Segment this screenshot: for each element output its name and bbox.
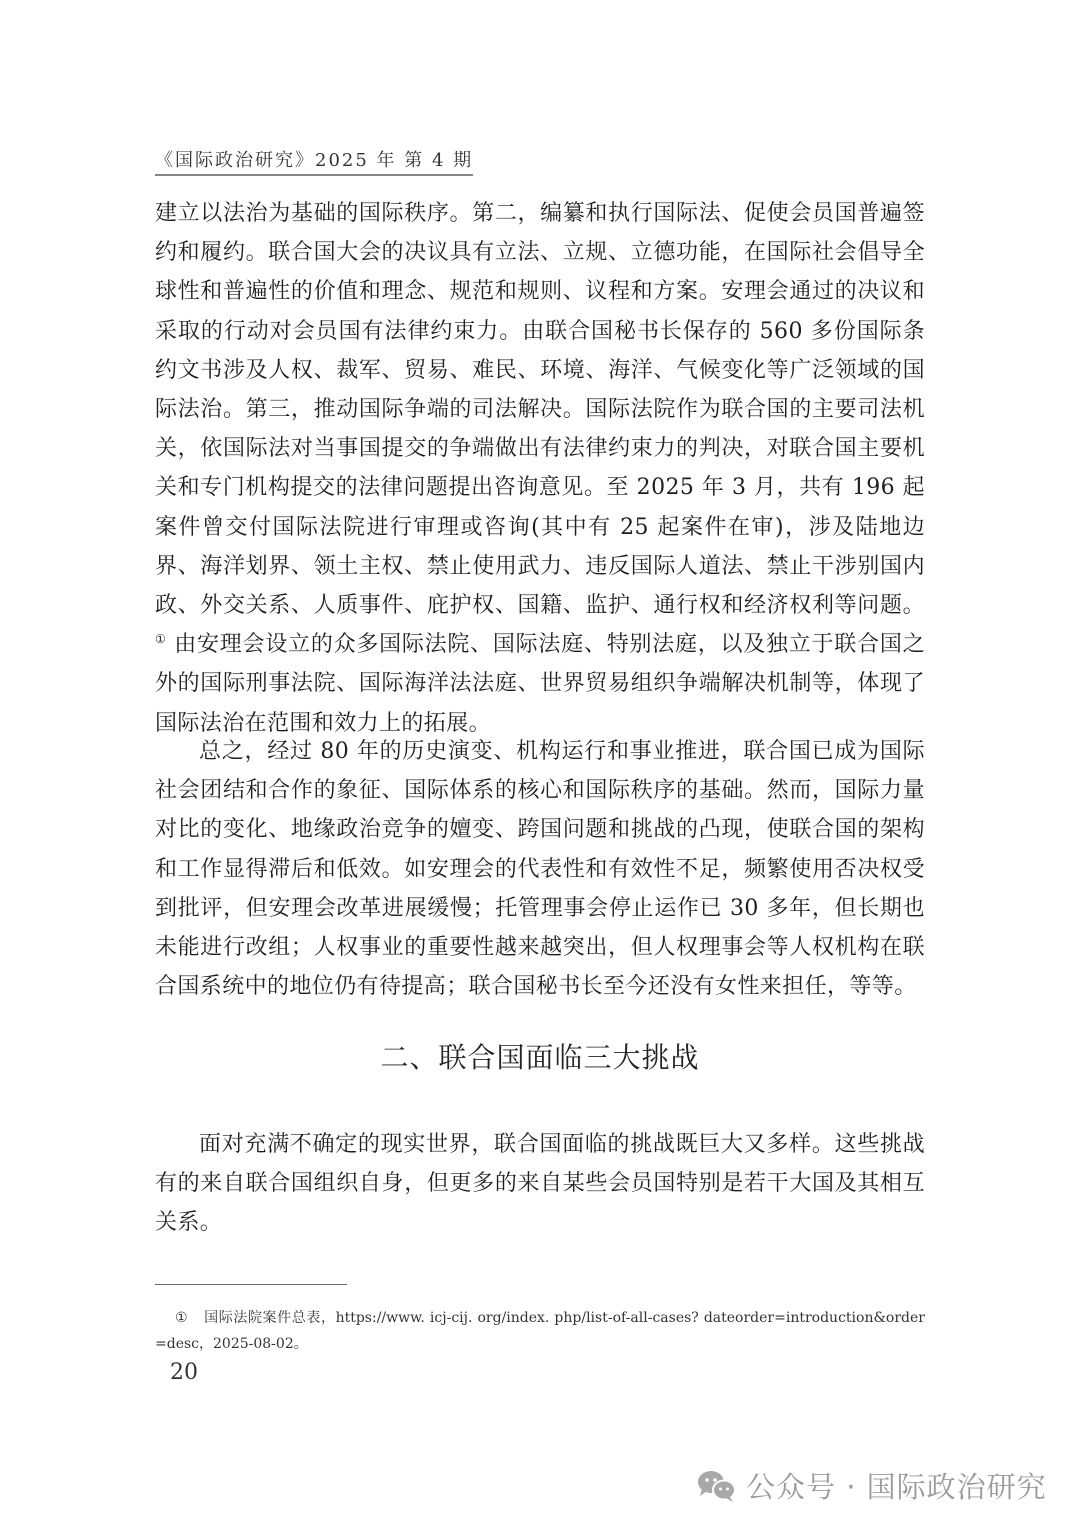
watermark-text: 公众号 · 国际政治研究 [746,1465,1047,1506]
paragraph-1-text-b: 由安理会设立的众多国际法院、国际法庭、特别法庭，以及独立于联合国之外的国际刑事法… [155,632,925,735]
footnote-reference[interactable]: ① [155,632,167,646]
watermark: 公众号 · 国际政治研究 [696,1465,1047,1506]
page-number: 20 [170,1360,198,1385]
wechat-icon [696,1469,738,1503]
paragraph-2: 总之，经过 80 年的历史演变、机构运行和事业推进，联合国已成为国际社会团结和合… [155,732,925,1006]
section-heading: 二、联合国面临三大挑战 [155,1036,925,1076]
footnote-number: ① [175,1310,188,1326]
running-header: 《国际政治研究》2025 年 第 4 期 [155,146,473,176]
paragraph-1-text-a: 建立以法治为基础的国际秩序。第二，编纂和执行国际法、促使会员国普遍签约和履约。联… [155,201,925,618]
paragraph-3: 面对充满不确定的现实世界，联合国面临的挑战既巨大又多样。这些挑战有的来自联合国组… [155,1125,925,1243]
footnote: ①国际法院案件总表，https://www. icj-cij. org/inde… [155,1305,925,1357]
paragraph-1: 建立以法治为基础的国际秩序。第二，编纂和执行国际法、促使会员国普遍签约和履约。联… [155,194,925,743]
footnote-text: 国际法院案件总表，https://www. icj-cij. org/index… [155,1310,925,1352]
footnote-divider [155,1284,347,1285]
